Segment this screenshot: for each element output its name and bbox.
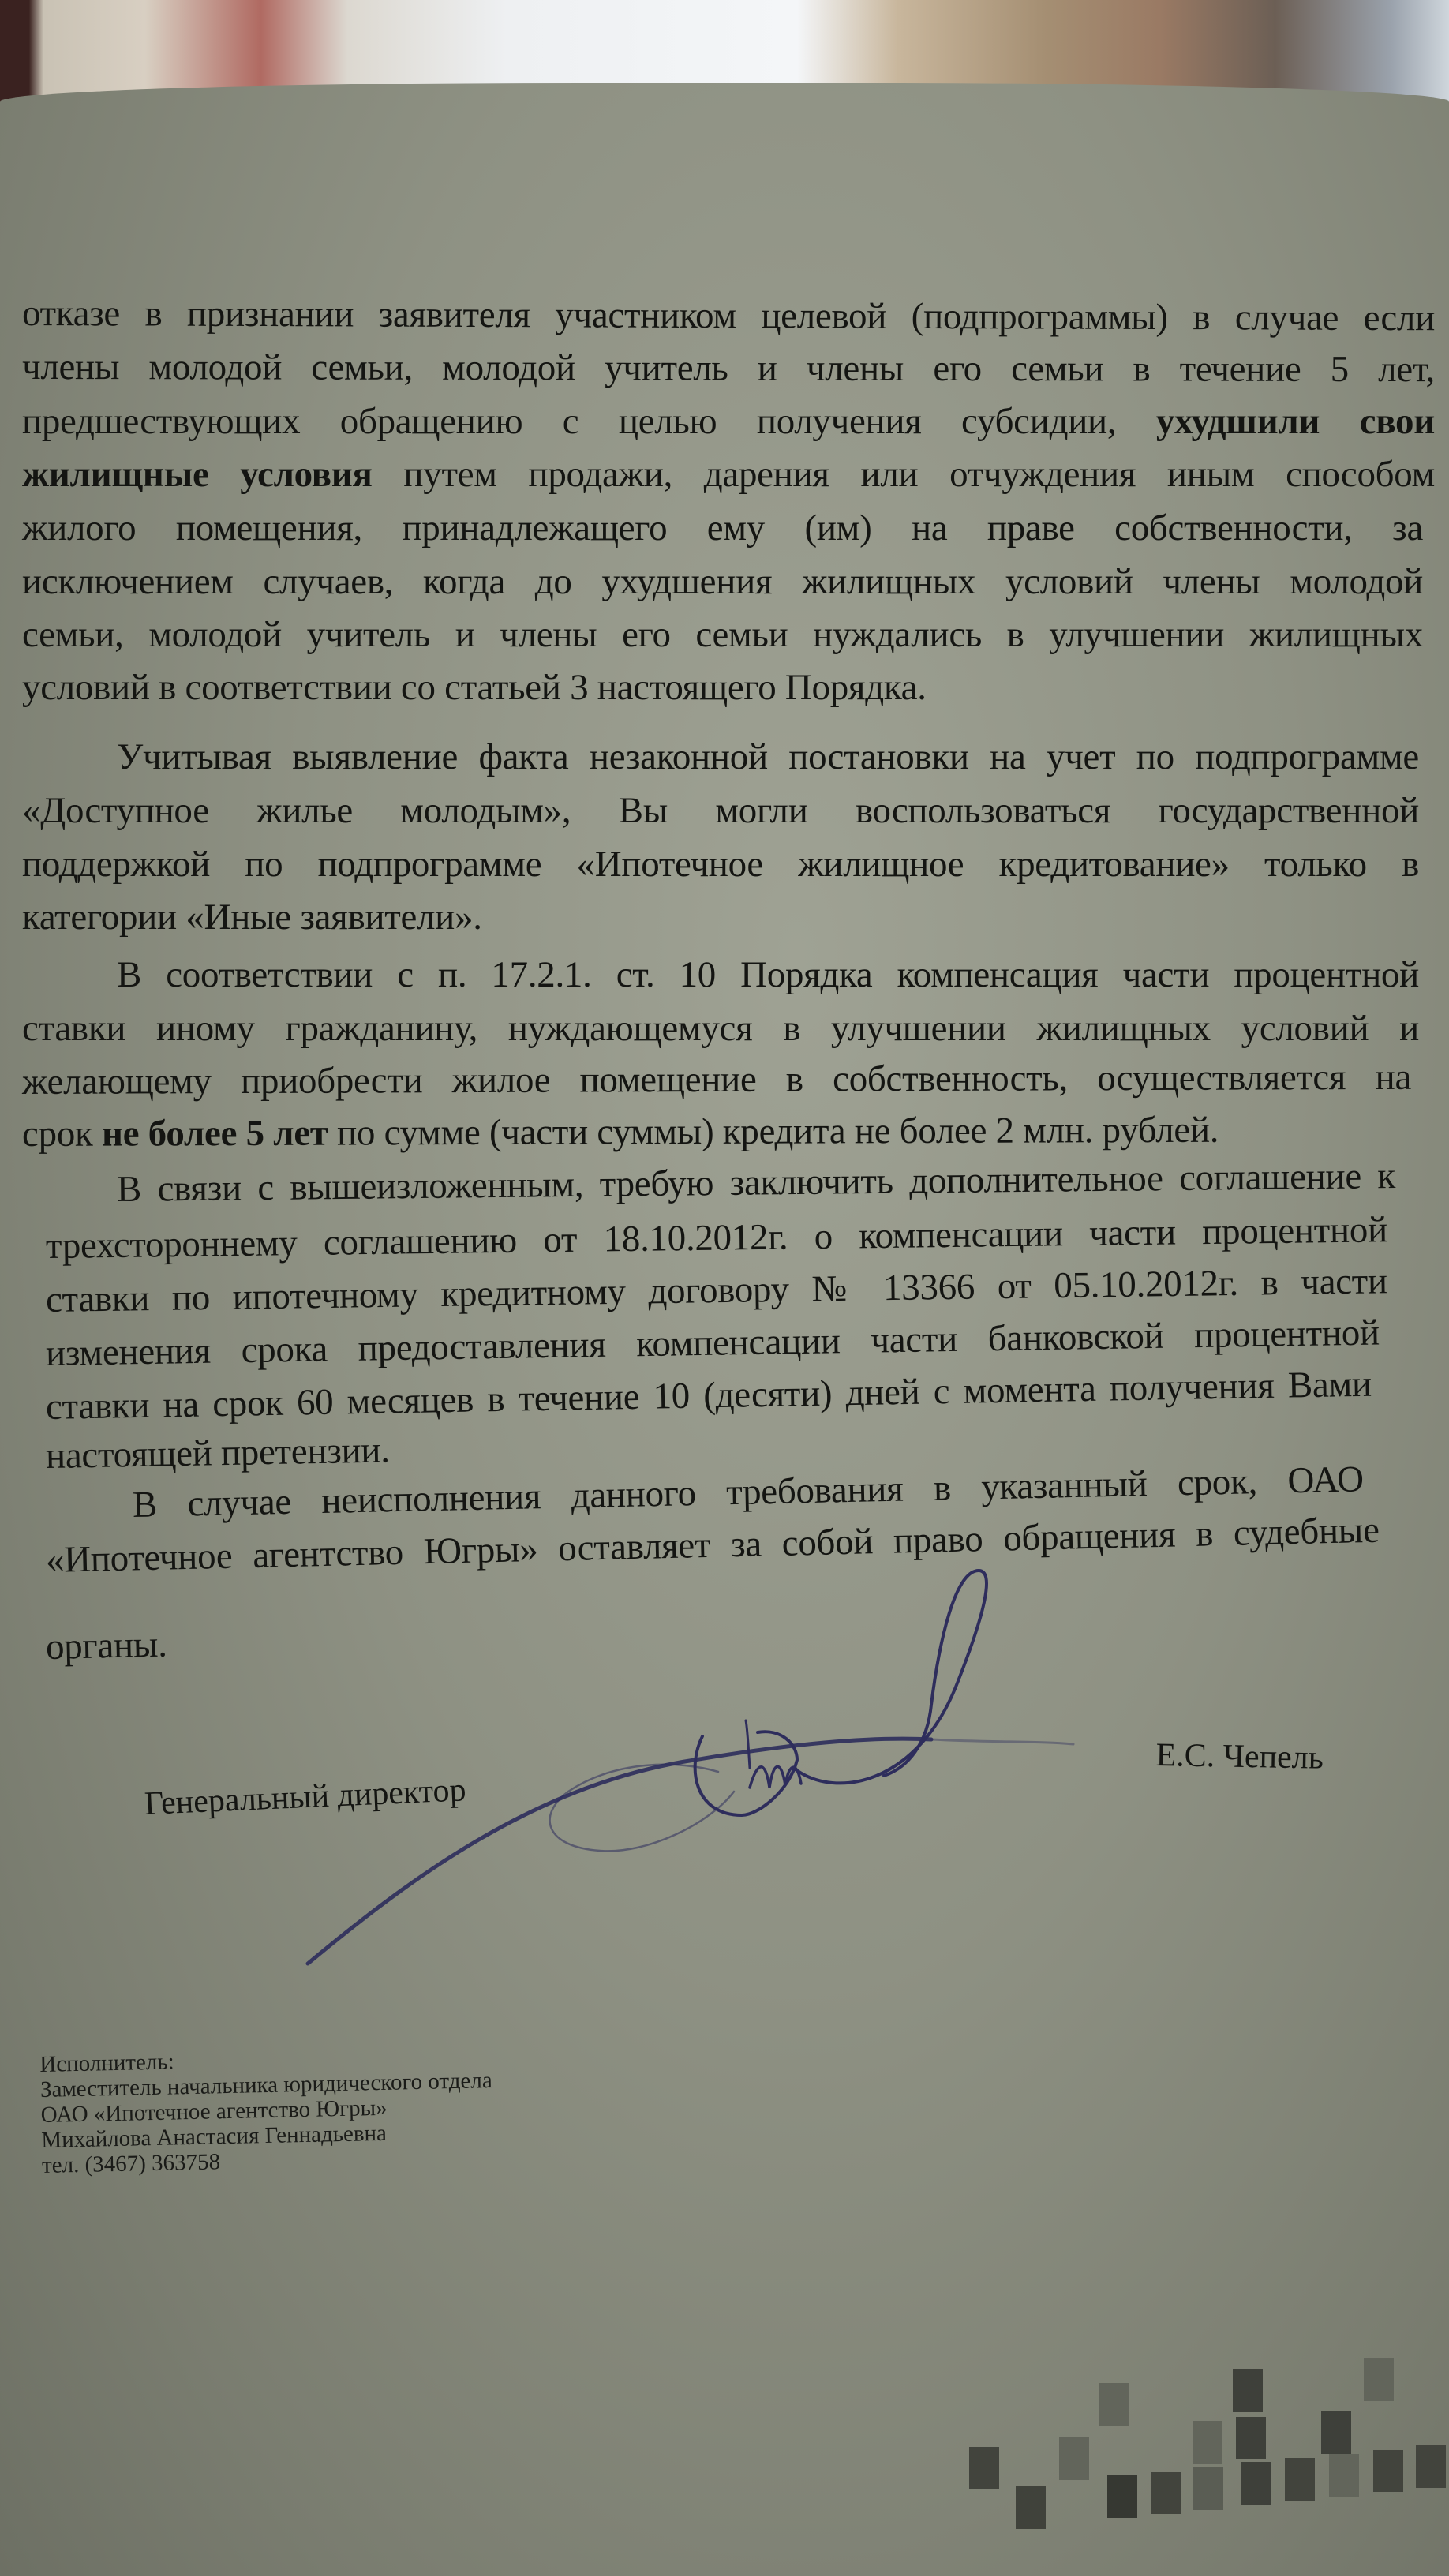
signatory-name: Е.С. Чепель xyxy=(1155,1736,1324,1777)
signature-icon xyxy=(0,0,1449,2576)
executor-block: Исполнитель: Заместитель начальника юрид… xyxy=(39,2042,494,2178)
